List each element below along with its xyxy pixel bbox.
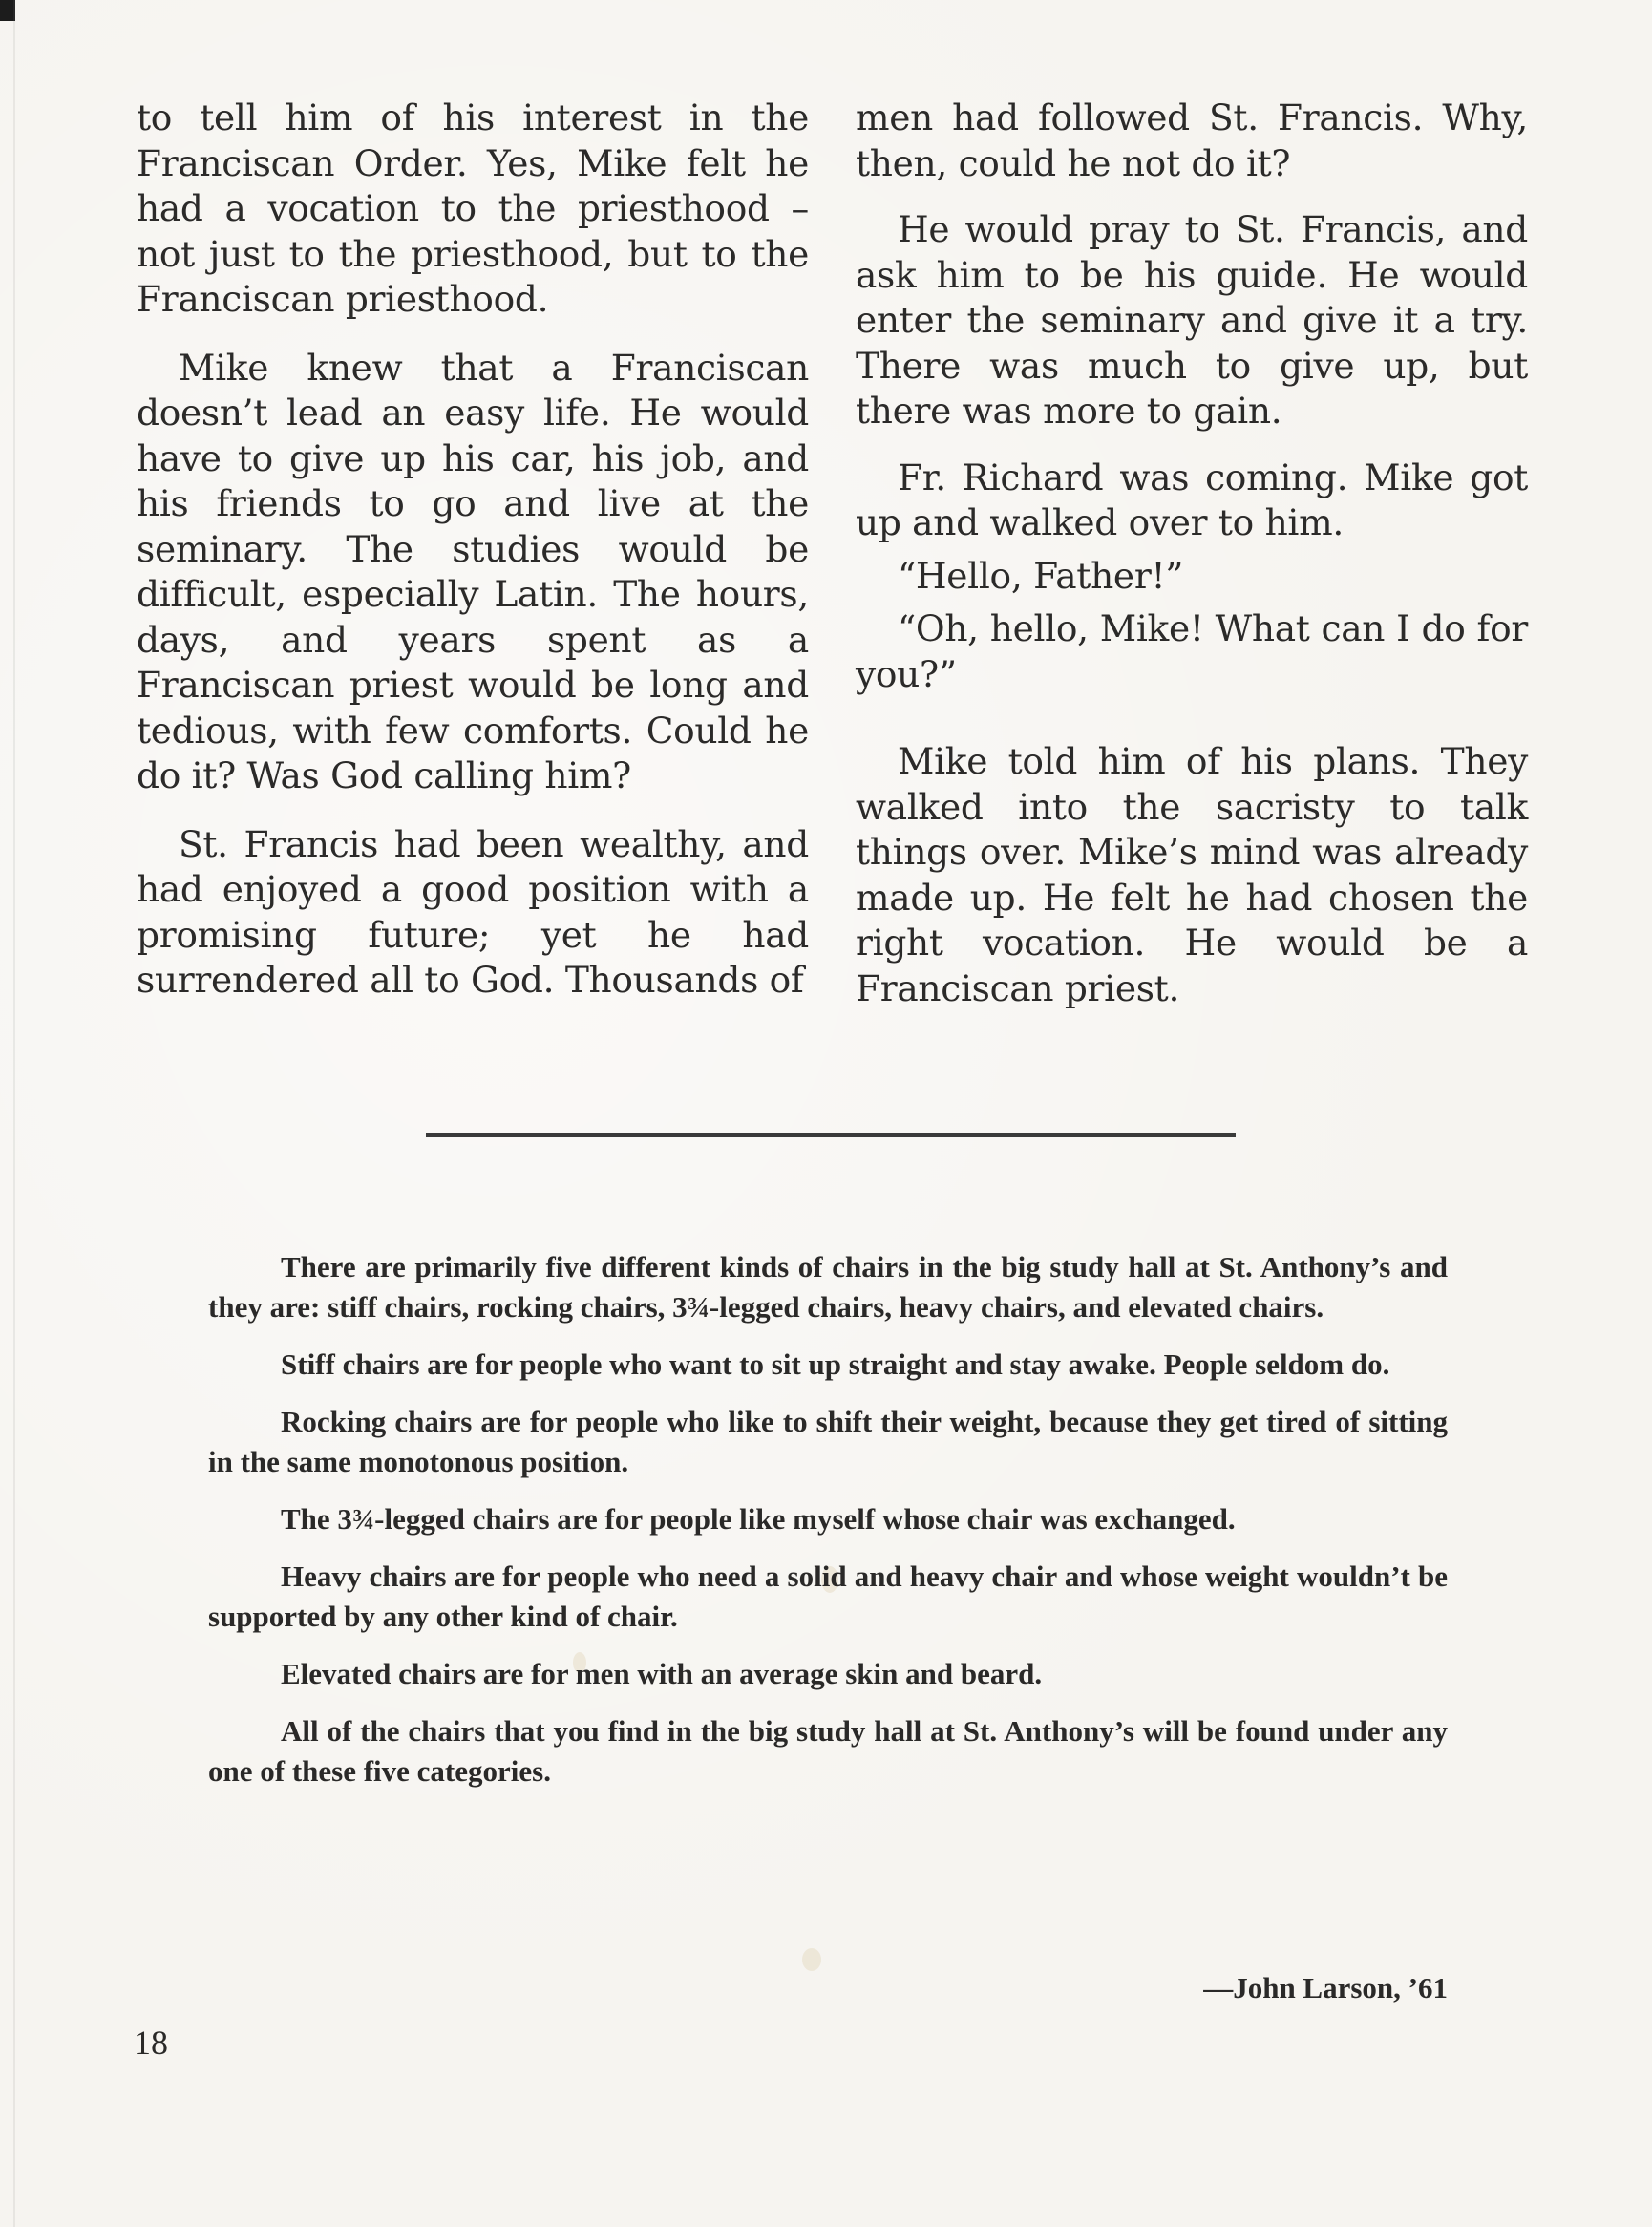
story-paragraph: men had followed St. Francis. Why, then,… bbox=[856, 95, 1528, 186]
essay-paragraph: Stiff chairs are for people who want to … bbox=[208, 1345, 1448, 1385]
story-paragraph: to tell him of his interest in the Franc… bbox=[137, 95, 809, 323]
story-paragraph: Mike knew that a Franciscan doesn’t lead… bbox=[137, 346, 809, 799]
page-number: 18 bbox=[134, 2023, 168, 2063]
essay-paragraph: There are primarily five different kinds… bbox=[208, 1247, 1448, 1327]
story-paragraph: Mike told him of his plans. They walked … bbox=[856, 739, 1528, 1011]
section-divider bbox=[426, 1133, 1236, 1137]
paper-stain bbox=[802, 1948, 821, 1971]
story-paragraph: He would pray to St. Francis, and ask hi… bbox=[856, 207, 1528, 435]
author-byline: —John Larson, ’61 bbox=[1203, 1971, 1448, 2005]
story-column-left: to tell him of his interest in the Franc… bbox=[137, 95, 809, 1025]
dialogue-line: “Oh, hello, Mike! What can I do for you?… bbox=[856, 606, 1528, 697]
essay-paragraph: Heavy chairs are for people who need a s… bbox=[208, 1557, 1448, 1637]
essay-paragraph: Rocking chairs are for people who like t… bbox=[208, 1402, 1448, 1482]
essay-paragraph: All of the chairs that you find in the b… bbox=[208, 1711, 1448, 1792]
story-paragraph: St. Francis had been wealthy, and had en… bbox=[137, 822, 809, 1004]
scanned-page: to tell him of his interest in the Franc… bbox=[0, 0, 1652, 2227]
chairs-essay: There are primarily five different kinds… bbox=[208, 1247, 1448, 1809]
essay-paragraph: Elevated chairs are for men with an aver… bbox=[208, 1654, 1448, 1694]
story-paragraph: Fr. Richard was coming. Mike got up and … bbox=[856, 456, 1528, 546]
page-edge-shadow bbox=[13, 0, 15, 2227]
story-column-right: men had followed St. Francis. Why, then,… bbox=[856, 95, 1528, 1032]
dialogue-line: “Hello, Father!” bbox=[856, 554, 1528, 600]
essay-paragraph: The 3¾-legged chairs are for people like… bbox=[208, 1499, 1448, 1539]
